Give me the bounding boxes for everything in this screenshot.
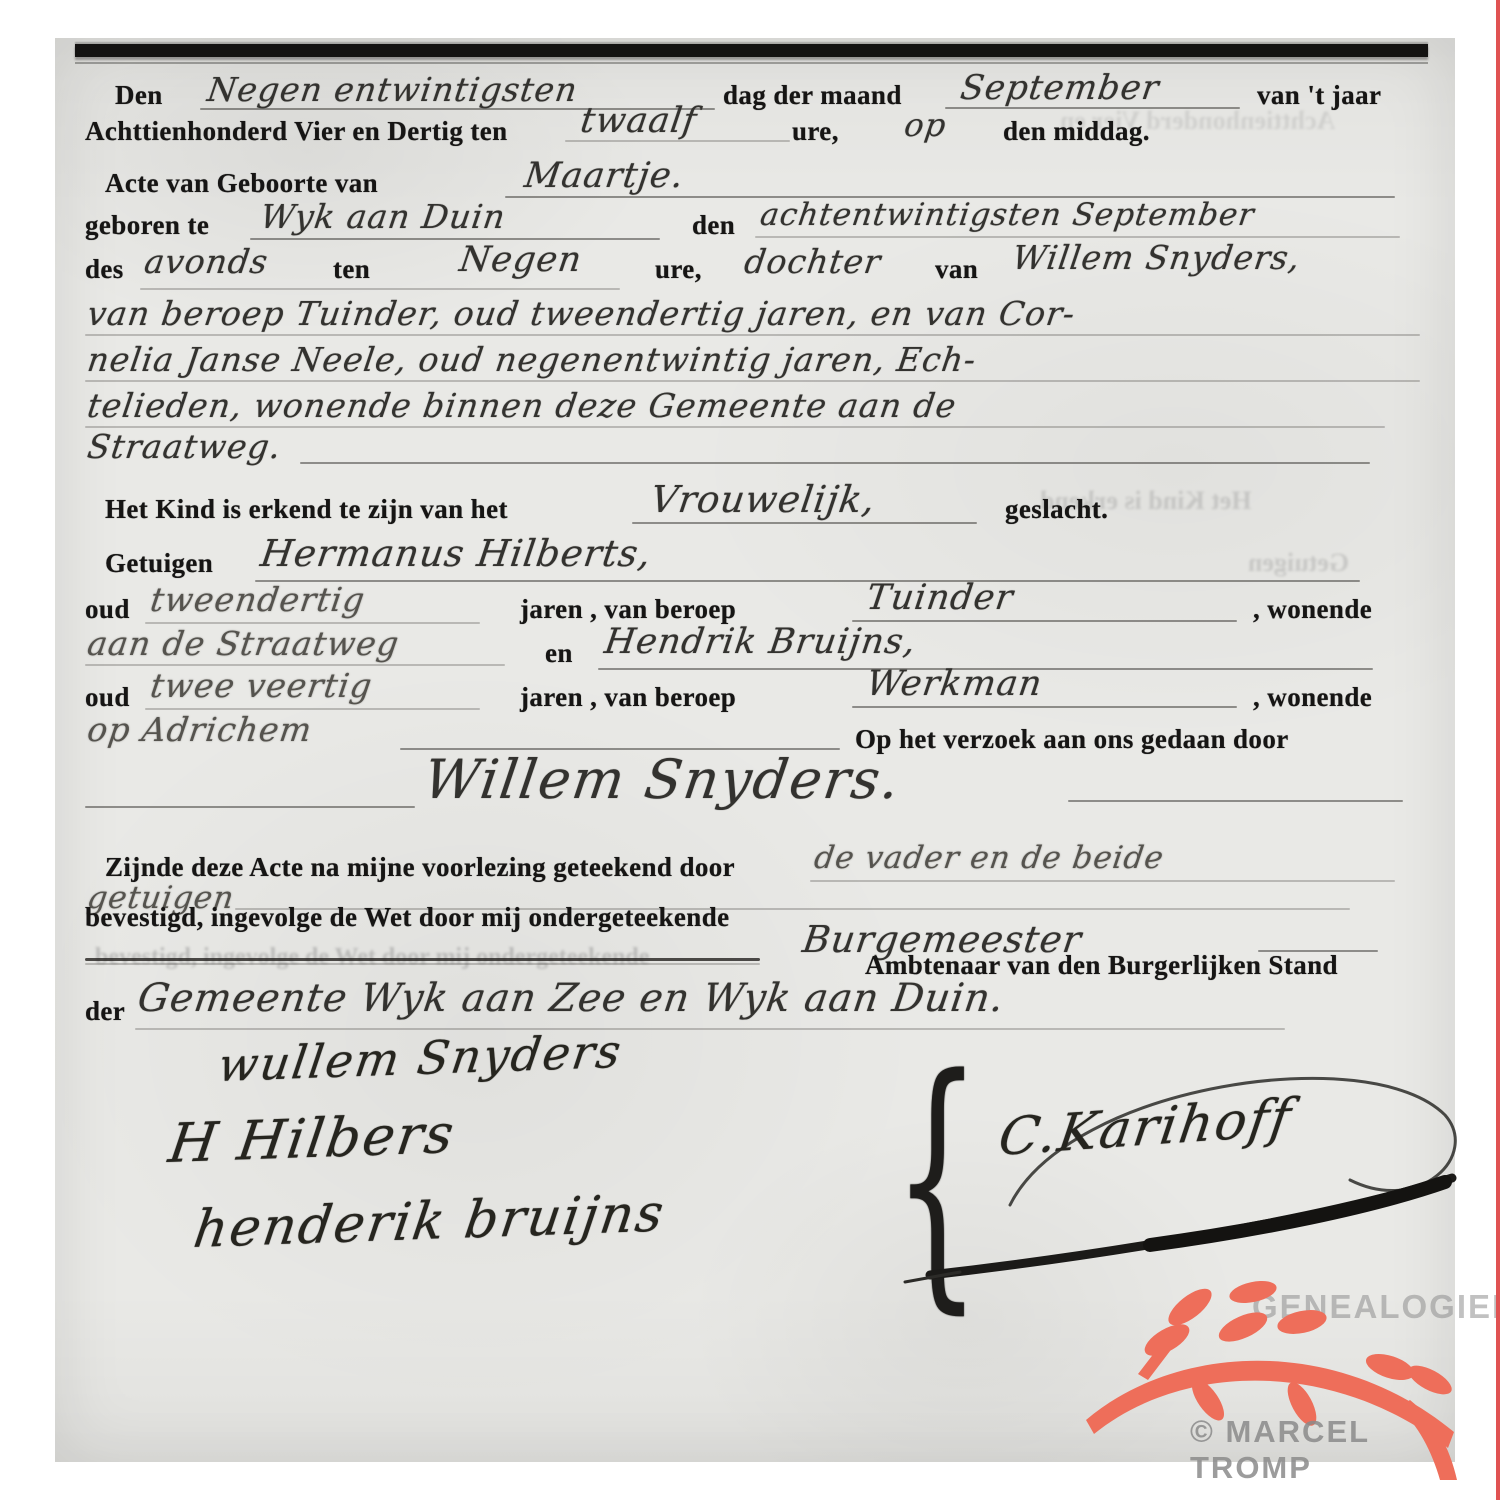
printed-jaren-beroep2: jaren , van beroep: [520, 682, 736, 713]
watermark-copyright-text: © MARCEL TROMP: [1190, 1414, 1500, 1486]
handwritten-witness1-occupation: Tuinder: [864, 578, 1016, 618]
handwritten-child-name: Maartje.: [522, 156, 687, 196]
handwritten-day: Negen entwintigsten: [205, 70, 580, 109]
handwritten-street: Straatweg.: [85, 427, 284, 466]
signature-witness1: H Hilbers: [165, 1102, 459, 1175]
handwritten-gender: Vrouwelijk,: [648, 478, 878, 521]
printed-der: der: [85, 996, 125, 1027]
baseline-rule: [810, 880, 1395, 882]
handwritten-witness2-age: twee veertig: [148, 666, 375, 705]
page-edge-red-line: [1496, 0, 1500, 1500]
printed-ure2: ure,: [655, 254, 702, 285]
printed-geslacht: geslacht.: [1005, 494, 1108, 525]
printed-kind-erkend: Het Kind is erkend te zijn van het: [105, 494, 508, 525]
handwritten-parents-line1: van beroep Tuinder, oud tweendertig jare…: [85, 294, 1078, 333]
handwritten-dochter: dochter: [742, 242, 884, 281]
printed-year: Achttienhonderd Vier en Dertig ten: [85, 116, 508, 147]
printed-wonende2: , wonende: [1253, 682, 1372, 713]
printed-den-middag: den middag.: [1003, 116, 1150, 147]
bleedthrough-text: Getuigen: [1248, 548, 1349, 578]
printed-van: van: [935, 254, 978, 285]
printed-verzoek: Op het verzoek aan ons gedaan door: [855, 724, 1289, 755]
top-print-bar-underline: [75, 62, 1428, 64]
handwritten-witness2-address: op Adrichem: [85, 710, 315, 749]
printed-zijnde: Zijnde deze Acte na mijne voorlezing get…: [105, 852, 735, 883]
baseline-rule: [85, 380, 1420, 382]
printed-geboren-te: geboren te: [85, 210, 209, 241]
scanned-birth-certificate: Achttienhonderd Vier en Het Kind is erke…: [0, 0, 1500, 1500]
baseline-rule: [852, 706, 1237, 708]
top-print-bar: [75, 44, 1428, 57]
printed-wonende1: , wonende: [1253, 594, 1372, 625]
handwritten-father-name: Willem Snyders,: [1010, 238, 1303, 277]
wavy-ink-rule-echo: [85, 963, 760, 965]
handwritten-birthdate: achtentwintigsten September: [758, 197, 1257, 233]
printed-den2: den: [692, 210, 735, 241]
handwritten-witness2-occupation: Werkman: [864, 664, 1045, 704]
printed-dag-der-maand: dag der maand: [723, 80, 902, 111]
handwritten-municipality: Gemeente Wyk aan Zee en Wyk aan Duin.: [135, 976, 1007, 1021]
handwritten-witness1-address: aan de Straatweg: [85, 624, 402, 663]
printed-van-t-jaar: van 't jaar: [1257, 80, 1381, 111]
baseline-rule: [565, 140, 790, 142]
printed-getuigen: Getuigen: [105, 548, 213, 579]
baseline-rule: [945, 107, 1240, 109]
baseline-rule: [632, 522, 977, 524]
handwritten-avonds: avonds: [142, 242, 271, 281]
baseline-rule: [1068, 800, 1403, 802]
handwritten-parents-line2: nelia Janse Neele, oud negenentwintig ja…: [85, 340, 979, 379]
handwritten-witness2-name: Hendrik Bruijns,: [602, 622, 919, 662]
printed-den: Den: [115, 80, 163, 111]
handwritten-witness1-name: Hermanus Hilberts,: [258, 532, 654, 575]
handwritten-hour: twaalf: [578, 101, 700, 141]
handwritten-month: September: [958, 68, 1162, 108]
printed-des: des: [85, 254, 124, 285]
printed-en: en: [545, 638, 573, 669]
wavy-ink-rule: [85, 958, 760, 961]
baseline-rule: [85, 806, 415, 808]
printed-ten: ten: [333, 254, 370, 285]
baseline-rule: [140, 288, 620, 290]
baseline-rule: [255, 580, 1360, 582]
printed-jaren-beroep1: jaren , van beroep: [520, 594, 736, 625]
baseline-rule: [300, 462, 1370, 464]
handwritten-witness1-age: tweendertig: [148, 580, 368, 619]
handwritten-op: op: [902, 106, 949, 144]
handwritten-hour-of-birth: Negen: [457, 240, 585, 280]
handwritten-signed-by: de vader en de beide: [812, 840, 1166, 876]
printed-ure: ure,: [792, 116, 839, 147]
baseline-rule: [85, 334, 1420, 336]
printed-acte-van-geboorte: Acte van Geboorte van: [105, 168, 378, 199]
printed-oud1: oud: [85, 594, 130, 625]
printed-oud2: oud: [85, 682, 130, 713]
handwritten-requester-name: Willem Snyders.: [420, 748, 905, 811]
handwritten-parents-line3: telieden, wonende binnen deze Gemeente a…: [85, 386, 959, 425]
handwritten-birthplace: Wyk aan Duin: [258, 197, 508, 236]
baseline-rule: [250, 238, 660, 240]
printed-bevestigd: bevestigd, ingevolge de Wet door mij ond…: [85, 902, 730, 933]
